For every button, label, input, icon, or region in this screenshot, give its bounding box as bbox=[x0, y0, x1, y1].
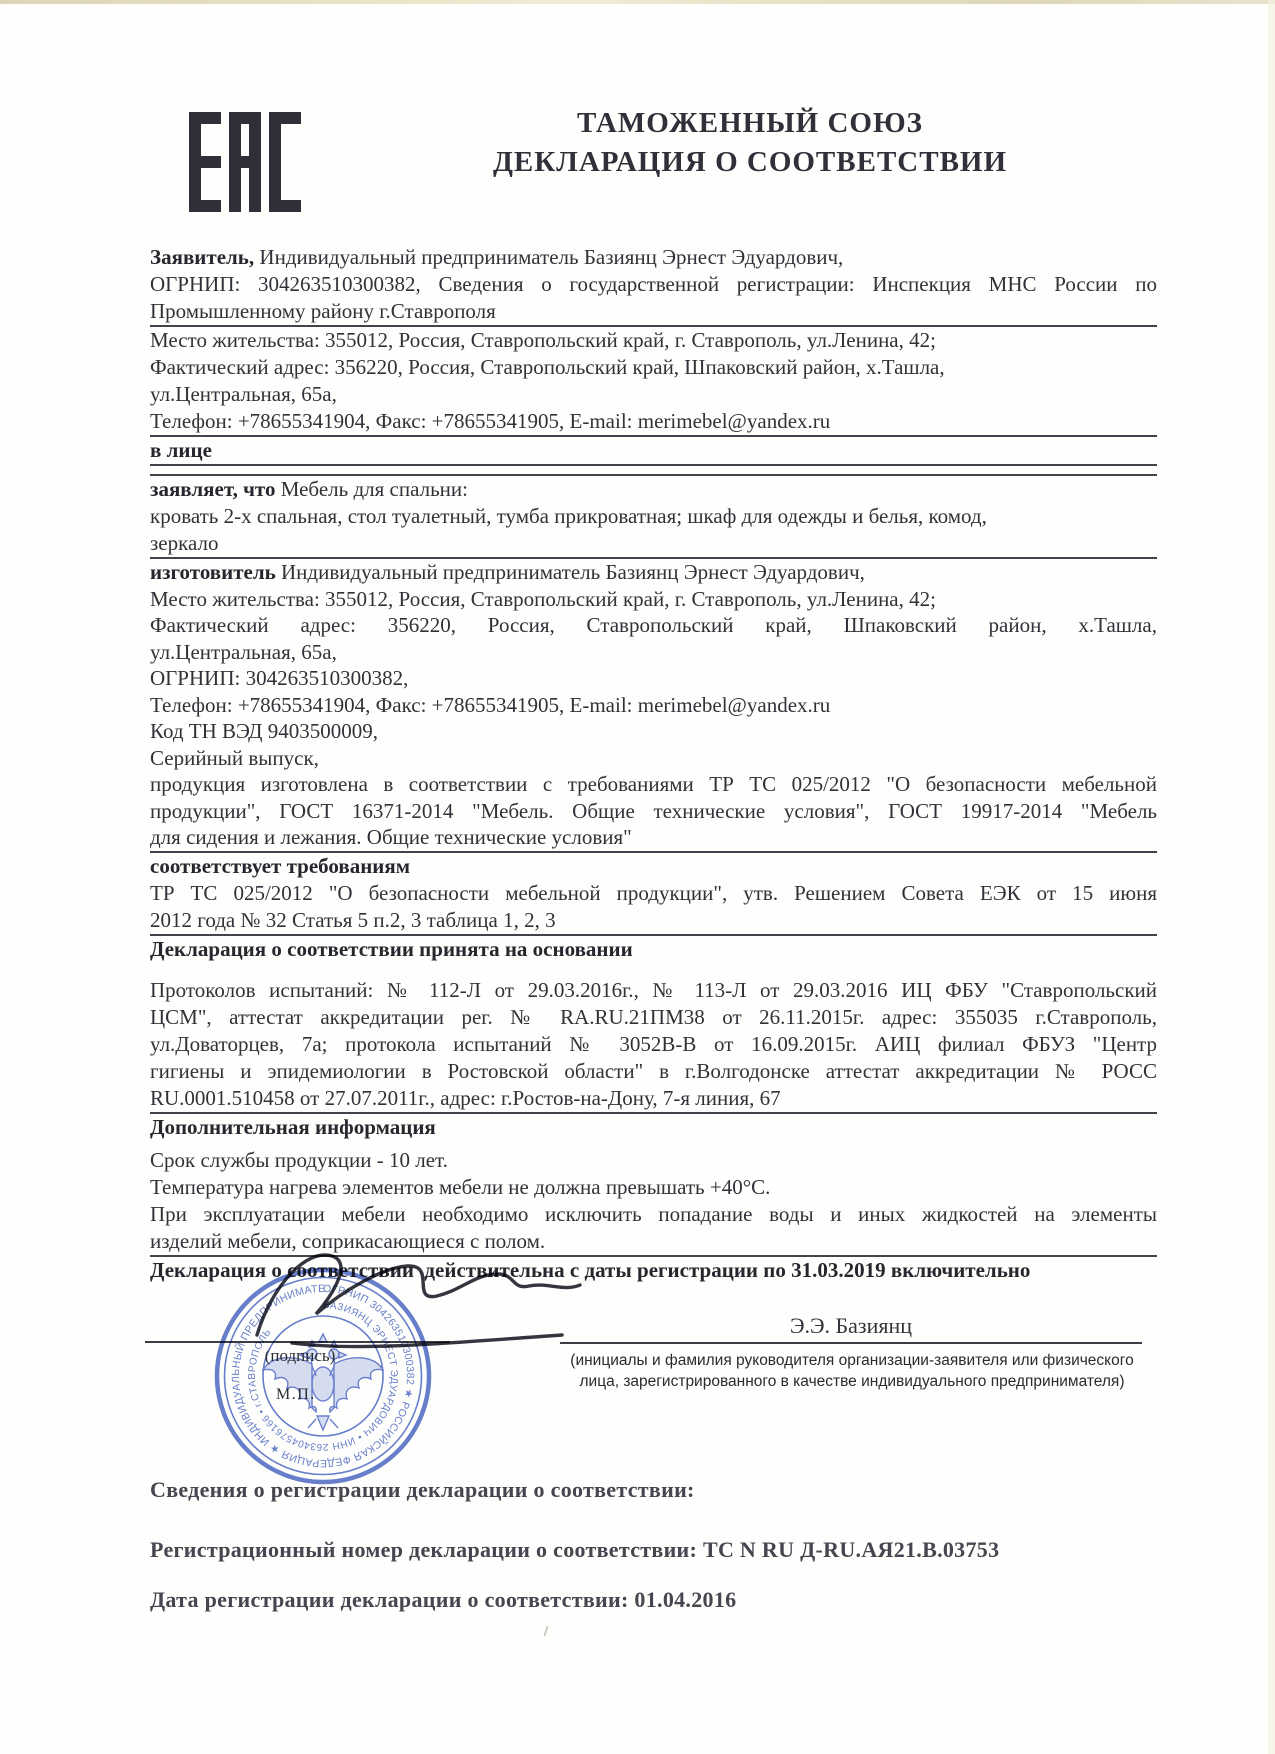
meets-section: ТР ТС 025/2012 "О безопасности мебельной… bbox=[150, 880, 1157, 936]
meets-line2: 2012 года № 32 Статья 5 п.2, 3 таблица 1… bbox=[150, 907, 1157, 934]
registration-number-label: Регистрационный номер декларации о соотв… bbox=[150, 1537, 703, 1562]
manufacturer-actual-address-1: Фактический адрес: 356220, Россия, Ставр… bbox=[150, 612, 1157, 639]
manufacturer-ogrnip: ОГРНИП: 304263510300382, bbox=[150, 665, 1157, 692]
applicant-residence: Место жительства: 355012, Россия, Ставро… bbox=[150, 327, 1157, 354]
applicant-actual-address-2: ул.Центральная, 65а, bbox=[150, 381, 1157, 408]
signatory-caption-line1: (инициалы и фамилия руководителя организ… bbox=[527, 1350, 1177, 1371]
registration-heading: Сведения о регистрации декларации о соот… bbox=[150, 1477, 695, 1503]
declaration-document: ТАМОЖЕННЫЙ СОЮЗ ДЕКЛАРАЦИЯ О СООТВЕТСТВИ… bbox=[0, 0, 1275, 1754]
document-title: ТАМОЖЕННЫЙ СОЮЗ ДЕКЛАРАЦИЯ О СООТВЕТСТВИ… bbox=[330, 104, 1170, 182]
title-line-1: ТАМОЖЕННЫЙ СОЮЗ bbox=[330, 104, 1170, 143]
registration-number-value: ТС N RU Д-RU.АЯ21.В.03753 bbox=[703, 1537, 999, 1562]
manufacturer-issue-type: Серийный выпуск, bbox=[150, 745, 1157, 772]
manufacturer-tnved-code: Код ТН ВЭД 9403500009, bbox=[150, 718, 1157, 745]
basis-line3: ул.Доваторцев, 7а; протокола испытаний №… bbox=[150, 1031, 1157, 1058]
applicant-section: Заявитель, Индивидуальный предпринимател… bbox=[150, 244, 1157, 327]
basis-line1: Протоколов испытаний: № 112-Л от 29.03.2… bbox=[150, 977, 1157, 1004]
signature-scribble bbox=[232, 1240, 602, 1360]
scan-edge-top bbox=[0, 0, 1275, 4]
additional-line2: Температура нагрева элементов мебели не … bbox=[150, 1174, 1157, 1201]
manufacturer-residence: Место жительства: 355012, Россия, Ставро… bbox=[150, 586, 1157, 613]
registration-date-line: Дата регистрации декларации о соответств… bbox=[150, 1587, 736, 1613]
applicant-intro-rest: Индивидуальный предприниматель Базиянц Э… bbox=[254, 245, 843, 269]
basis-line2: ЦСМ", аттестат аккредитации рег. № RA.RU… bbox=[150, 1004, 1157, 1031]
manufacturer-production-line1: продукция изготовлена в соответствии с т… bbox=[150, 771, 1157, 798]
in-person-label: в лице bbox=[150, 437, 1157, 464]
manufacturer-lead: изготовитель bbox=[150, 560, 276, 584]
in-person-section: в лице bbox=[150, 437, 1157, 466]
podpis-label: (подпись) bbox=[195, 1346, 405, 1366]
manufacturer-production-line2: продукции", ГОСТ 16371-2014 "Мебель. Общ… bbox=[150, 798, 1157, 825]
basis-line4: гигиены и эпидемиологии в Ростовской обл… bbox=[150, 1058, 1157, 1085]
manufacturer-section: изготовитель Индивидуальный предпринимат… bbox=[150, 559, 1157, 853]
declares-product-line2: кровать 2-х спальная, стол туалетный, ту… bbox=[150, 503, 1157, 530]
signatory-caption-line2: лица, зарегистрированного в качестве инд… bbox=[527, 1371, 1177, 1392]
manufacturer-production-line3: для сидения и лежания. Общие технические… bbox=[150, 824, 1157, 851]
applicant-address-section: Место жительства: 355012, Россия, Ставро… bbox=[150, 327, 1157, 437]
scan-artifact bbox=[544, 1626, 549, 1636]
applicant-lead: Заявитель, bbox=[150, 245, 254, 269]
declares-lead: заявляет, что bbox=[150, 477, 275, 501]
document-body: Заявитель, Индивидуальный предпринимател… bbox=[150, 244, 1157, 1284]
mp-seal-label: М.П. bbox=[276, 1386, 316, 1404]
meets-line1: ТР ТС 025/2012 "О безопасности мебельной… bbox=[150, 880, 1157, 907]
basis-section: Протоколов испытаний: № 112-Л от 29.03.2… bbox=[150, 977, 1157, 1114]
scan-edge-right bbox=[1268, 0, 1275, 1754]
meets-heading: соответствует требованиям bbox=[150, 853, 1157, 880]
registration-date-value: 01.04.2016 bbox=[634, 1587, 736, 1612]
declares-product: Мебель для спальни: bbox=[275, 477, 468, 501]
additional-info-heading: Дополнительная информация bbox=[150, 1114, 1157, 1141]
declares-product-line3: зеркало bbox=[150, 530, 1157, 557]
applicant-actual-address-1: Фактический адрес: 356220, Россия, Ставр… bbox=[150, 354, 1157, 381]
title-line-2: ДЕКЛАРАЦИЯ О СООТВЕТСТВИИ bbox=[330, 143, 1170, 182]
manufacturer-actual-address-2: ул.Центральная, 65а, bbox=[150, 639, 1157, 666]
signature-line-right bbox=[560, 1342, 1142, 1344]
eac-logo bbox=[187, 112, 303, 212]
declares-intro: заявляет, что Мебель для спальни: bbox=[150, 476, 1157, 503]
applicant-intro: Заявитель, Индивидуальный предпринимател… bbox=[150, 244, 1157, 271]
registration-date-label: Дата регистрации декларации о соответств… bbox=[150, 1587, 634, 1612]
basis-line5: RU.0001.510458 от 27.07.2011г., адрес: г… bbox=[150, 1085, 1157, 1112]
signatory-name: Э.Э. Базиянц bbox=[560, 1313, 1142, 1339]
manufacturer-intro: изготовитель Индивидуальный предпринимат… bbox=[150, 559, 1157, 586]
manufacturer-contacts: Телефон: +78655341904, Факс: +7865534190… bbox=[150, 692, 1157, 719]
applicant-contacts: Телефон: +78655341904, Факс: +7865534190… bbox=[150, 408, 1157, 435]
applicant-registration-line2: Промышленному району г.Ставрополя bbox=[150, 298, 1157, 325]
declares-section: заявляет, что Мебель для спальни: кроват… bbox=[150, 476, 1157, 559]
applicant-registration-line1: ОГРНИП: 304263510300382, Сведения о госу… bbox=[150, 271, 1157, 298]
basis-heading: Декларация о соответствии принята на осн… bbox=[150, 936, 1157, 963]
additional-line3: При эксплуатации мебели необходимо исклю… bbox=[150, 1201, 1157, 1228]
signatory-caption: (инициалы и фамилия руководителя организ… bbox=[527, 1350, 1177, 1392]
additional-line1: Срок службы продукции - 10 лет. bbox=[150, 1147, 1157, 1174]
registration-number-line: Регистрационный номер декларации о соотв… bbox=[150, 1537, 999, 1563]
manufacturer-intro-rest: Индивидуальный предприниматель Базиянц Э… bbox=[276, 560, 865, 584]
